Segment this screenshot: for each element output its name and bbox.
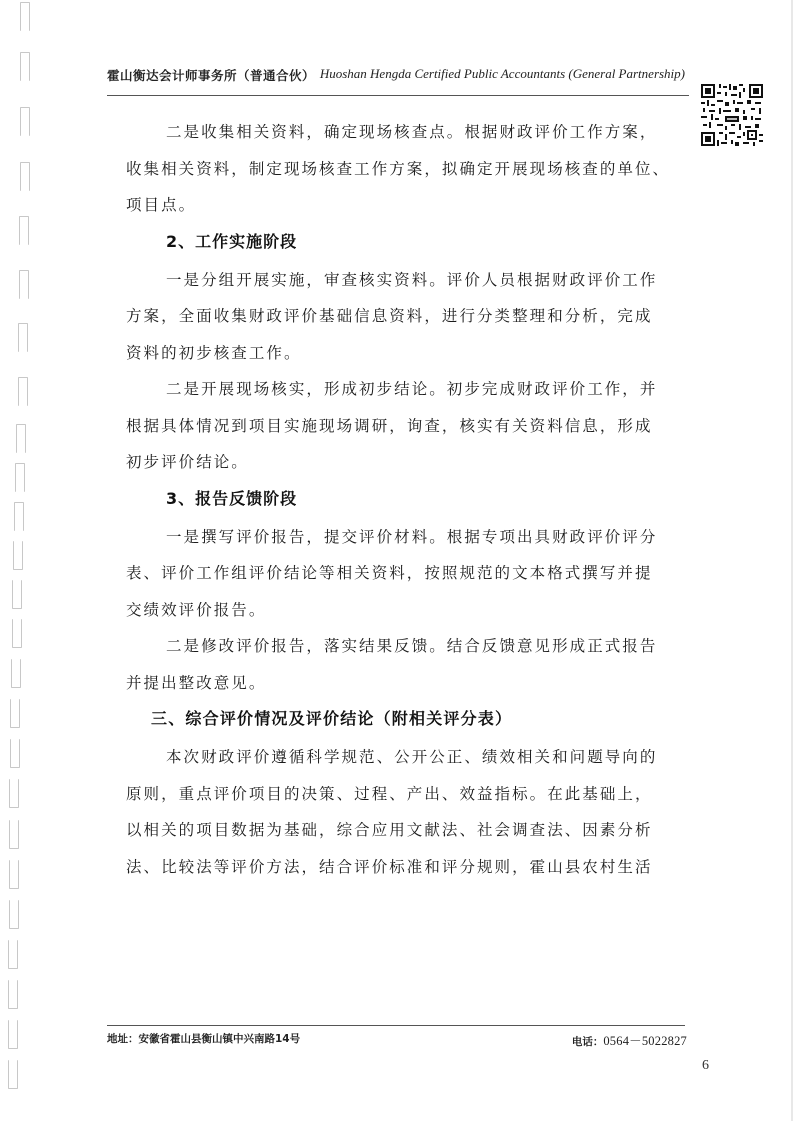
binding-hole-icon xyxy=(8,980,18,1009)
phone-label: 电话： xyxy=(572,1036,604,1048)
text-line: 交绩效评价报告。 xyxy=(126,592,686,629)
binding-hole-icon xyxy=(11,659,21,688)
binding-hole-icon xyxy=(9,779,19,808)
text-line: 表、评价工作组评价结论等相关资料，按照规范的文本格式撰写并提 xyxy=(126,555,686,592)
binding-hole-icon xyxy=(18,323,28,352)
binding-hole-icon xyxy=(16,424,26,453)
text-line: 根据具体情况到项目实施现场调研，询查，核实有关资料信息，形成 xyxy=(126,408,686,445)
page-number: 6 xyxy=(702,1058,709,1074)
binding-hole-icon xyxy=(14,502,24,531)
binding-hole-icon xyxy=(20,107,30,136)
text-line: 项目点。 xyxy=(126,187,686,224)
text-line: 初步评价结论。 xyxy=(126,444,686,481)
binding-hole-icon xyxy=(8,1020,18,1049)
binding-hole-icon xyxy=(18,377,28,406)
document-body: 二是收集相关资料，确定现场核查点。根据财政评价工作方案， 收集相关资料，制定现场… xyxy=(126,114,686,885)
binding-hole-icon xyxy=(15,463,25,492)
text-line: 一是撰写评价报告，提交评价材料。根据专项出具财政评价评分 xyxy=(126,519,686,556)
paragraph-revise-report: 二是修改评价报告，落实结果反馈。结合反馈意见形成正式报告 并提出整改意见。 xyxy=(126,628,686,701)
binding-hole-icon xyxy=(20,162,30,191)
text-line: 资料的初步核查工作。 xyxy=(126,335,686,372)
firm-name-en: Huoshan Hengda Certified Public Accounta… xyxy=(320,66,685,82)
section-heading-overall-evaluation: 三、综合评价情况及评价结论（附相关评分表） xyxy=(126,701,686,739)
text-line: 收集相关资料，制定现场核查工作方案，拟确定开展现场核查的单位、 xyxy=(126,151,686,188)
binding-hole-icon xyxy=(9,820,19,849)
phone-number: 0564－5022827 xyxy=(603,1034,687,1048)
text-line: 一是分组开展实施，审查核实资料。评价人员根据财政评价工作 xyxy=(126,262,686,299)
text-line: 二是收集相关资料，确定现场核查点。根据财政评价工作方案， xyxy=(126,114,686,151)
text-line: 本次财政评价遵循科学规范、公开公正、绩效相关和问题导向的 xyxy=(126,739,686,776)
binding-hole-icon xyxy=(13,541,23,570)
binding-hole-icon xyxy=(12,619,22,648)
paragraph-evaluation-principles: 本次财政评价遵循科学规范、公开公正、绩效相关和问题导向的 原则，重点评价项目的决… xyxy=(126,739,686,885)
binding-hole-icon xyxy=(19,216,29,245)
heading-report-feedback-phase: 3、报告反馈阶段 xyxy=(126,481,686,519)
paragraph-onsite-verification: 二是开展现场核实，形成初步结论。初步完成财政评价工作，并 根据具体情况到项目实施… xyxy=(126,371,686,481)
footer-divider xyxy=(107,1025,685,1026)
binding-holes xyxy=(0,0,40,1121)
footer-address: 地址：安徽省霍山县衡山镇中兴南路14号 xyxy=(107,1031,300,1046)
text-line: 以相关的项目数据为基础，综合应用文献法、社会调查法、因素分析 xyxy=(126,812,686,849)
firm-name-cn: 霍山衡达会计师事务所（普通合伙） xyxy=(107,66,315,84)
text-line: 二是开展现场核实，形成初步结论。初步完成财政评价工作，并 xyxy=(126,371,686,408)
header-divider xyxy=(107,95,689,96)
text-line: 法、比较法等评价方法，结合评价标准和评分规则，霍山县农村生活 xyxy=(126,849,686,886)
qr-code-icon xyxy=(699,82,765,148)
text-line: 二是修改评价报告，落实结果反馈。结合反馈意见形成正式报告 xyxy=(126,628,686,665)
binding-hole-icon xyxy=(8,1060,18,1089)
binding-hole-icon xyxy=(10,699,20,728)
paragraph-collect-materials: 二是收集相关资料，确定现场核查点。根据财政评价工作方案， 收集相关资料，制定现场… xyxy=(126,114,686,224)
binding-hole-icon xyxy=(9,860,19,889)
binding-hole-icon xyxy=(10,739,20,768)
paragraph-group-implementation: 一是分组开展实施，审查核实资料。评价人员根据财政评价工作 方案，全面收集财政评价… xyxy=(126,262,686,372)
footer-phone: 电话：0564－5022827 xyxy=(572,1030,687,1049)
text-line: 原则，重点评价项目的决策、过程、产出、效益指标。在此基础上， xyxy=(126,776,686,813)
binding-hole-icon xyxy=(20,52,30,81)
text-line: 并提出整改意见。 xyxy=(126,665,686,702)
text-line: 方案，全面收集财政评价基础信息资料，进行分类整理和分析，完成 xyxy=(126,298,686,335)
paragraph-write-report: 一是撰写评价报告，提交评价材料。根据专项出具财政评价评分 表、评价工作组评价结论… xyxy=(126,519,686,629)
binding-hole-icon xyxy=(9,900,19,929)
letterhead: 霍山衡达会计师事务所（普通合伙） Huoshan Hengda Certifie… xyxy=(107,61,685,89)
binding-hole-icon xyxy=(12,580,22,609)
binding-hole-icon xyxy=(20,2,30,31)
heading-implementation-phase: 2、工作实施阶段 xyxy=(126,224,686,262)
binding-hole-icon xyxy=(8,940,18,969)
binding-hole-icon xyxy=(19,270,29,299)
